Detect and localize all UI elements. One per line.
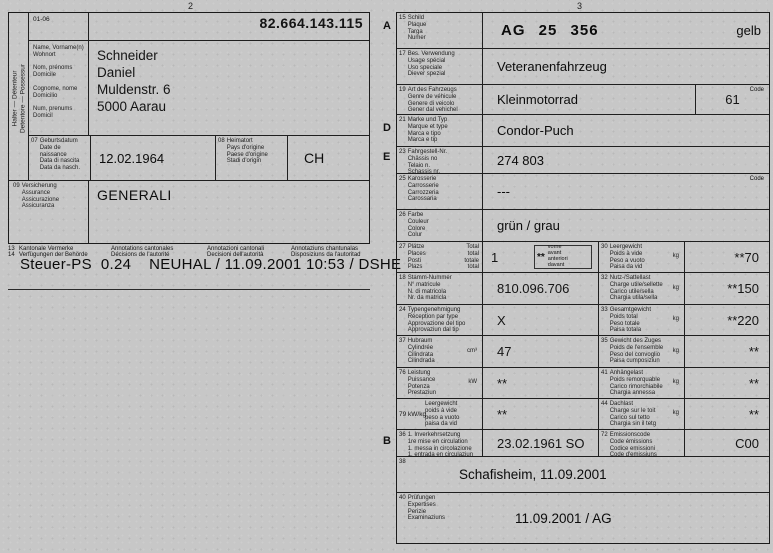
field-76-unit: kW (468, 379, 477, 385)
field-15-labels: 15 Schild Plaque Targa Numer (397, 13, 483, 48)
typeapproval-totalweight-row: 24 Typengenehmigung Réception par type A… (397, 305, 769, 336)
body-value: --- (497, 184, 510, 199)
field-36-labels: 36 1. Inverkehrsetzung 1re mise en circu… (397, 430, 483, 456)
holder-name-address: Schneider Daniel Muldenstr. 6 5000 Aarau (89, 41, 369, 135)
color-row: 26 Farbe Couleur Colore Colur grün / gra… (397, 210, 769, 242)
page-right-number: 3 (577, 1, 582, 11)
field-range-label: 01-06 (29, 13, 89, 40)
section-letter-d: D (383, 122, 395, 134)
field-76-labels: 76 Leistung Puissance Potenza Prestaziun… (397, 368, 483, 398)
field-09-labels: 09 Versicherung Assurance Assicurazione … (9, 181, 89, 243)
plate-cell: AG 25 356 gelb (483, 13, 769, 48)
holder-row: Name, Vorname(n) Wohnort Nom, prénoms Do… (29, 41, 369, 136)
seats-emptyweight-row: 27 Plätze Places Posti Plazs Total total… (397, 242, 769, 273)
serial-number-value: 810.096.706 (483, 273, 599, 304)
birth-date-value: 12.02.1964 (91, 136, 216, 180)
section-letter-a: A (383, 20, 395, 32)
field-40-labels: 40 Prüfungen Expertises Perizie Examinaz… (397, 493, 483, 543)
field-08-number: 08 (218, 138, 225, 180)
bottom-rule (8, 289, 370, 290)
field-07-number: 07 (31, 138, 38, 180)
field-27-total-labels: Total total totale total (464, 244, 479, 271)
field-17-labels: 17 Bes. Verwendung Usage spécial Uso spe… (397, 49, 483, 84)
power-weight-value: ** (483, 399, 599, 429)
make-type-row: 21 Marke und Typ Marque et type Marca e … (397, 115, 769, 147)
field-25-labels: 25 Karosserie Carrosserie Carrozzeria Ca… (397, 174, 483, 209)
emission-code-value: C00 (685, 430, 769, 456)
chassis-value: 274 803 (483, 147, 769, 173)
field-32-unit: kg (673, 285, 679, 291)
page-left: 2 Halter — Détenteur Detentore — Possess… (8, 12, 370, 302)
inspection-value: 11.09.2001 / AG (483, 493, 612, 543)
header-row: 01-06 82.664.143.115 (29, 13, 369, 41)
make-type-value: Condor-Puch (483, 115, 769, 146)
insurance-value: GENERALI (89, 181, 369, 243)
field-33-unit: kg (673, 316, 679, 322)
field-27-labels: 27 Plätze Places Posti Plazs Total total… (397, 242, 483, 272)
section-letter-b: B (383, 435, 395, 447)
train-weight-value: ** (685, 336, 769, 367)
field-26-labels: 26 Farbe Couleur Colore Colur (397, 210, 483, 241)
field-35-labels: 35 Gewicht des Zuges Poids de l'ensemble… (599, 336, 685, 367)
body-row: 25 Karosserie Carrosserie Carrozzeria Ca… (397, 174, 769, 210)
type-approval-value: X (483, 305, 599, 335)
plate-color: gelb (736, 23, 761, 38)
field-30-labels: 30 Leergewicht Poids à vide Peso a vuoto… (599, 242, 685, 272)
scanned-vehicle-registration: { "left": { "page_number": "2", "field_r… (0, 0, 773, 553)
body-code-label: Code (750, 176, 764, 182)
holder-sidebar: Halter — Détenteur Detentore — Possessur (9, 13, 29, 181)
trailer-load-value: ** (685, 368, 769, 398)
special-use-row: 17 Bes. Verwendung Usage spécial Uso spe… (397, 49, 769, 85)
document-number: 82.664.143.115 (89, 13, 369, 40)
special-use-value: Veteranenfahrzeug (483, 49, 769, 84)
holder-table: Halter — Détenteur Detentore — Possessur… (8, 12, 370, 244)
field-07-labels: 07 Geburtsdatum Date de naissance Data d… (29, 136, 91, 180)
page-left-number: 2 (188, 1, 193, 11)
vehicle-type-code: 61 (725, 92, 739, 107)
seats-total: 1 (491, 250, 498, 265)
origin-value: CH (288, 136, 369, 180)
first-registration-value: 23.02.1961 SO (483, 430, 599, 456)
field-23-labels: 23 Fahrgestell-Nr. Châssis no Telaio n. … (397, 147, 483, 173)
serial-payload-row: 18 Stamm-Nummer N° matricule N. di matri… (397, 273, 769, 305)
field-30-unit: kg (673, 253, 679, 259)
field-24-labels: 24 Typengenehmigung Réception par type A… (397, 305, 483, 335)
code-label: Code (750, 87, 764, 93)
plate-row: 15 Schild Plaque Targa Numer AG 25 356 g… (397, 13, 769, 49)
field-41-unit: kg (673, 379, 679, 385)
section-letter-e: E (383, 151, 395, 163)
field-37-labels: 37 Hubraum Cylindrée Cilindrata Cilindra… (397, 336, 483, 367)
power-value: ** (483, 368, 599, 398)
body-value-cell: --- Code (483, 174, 769, 209)
field-38-number-cell: 38 (397, 457, 427, 492)
field-37-unit: cm³ (467, 348, 477, 354)
chassis-row: 23 Fahrgestell-Nr. Châssis no Telaio n. … (397, 147, 769, 174)
seats-value-cell: 1 ** vorne avant anteriori davant (483, 242, 599, 272)
powerweight-roofload-row: 79 kW/kg Leergewicht poids à vide peso a… (397, 399, 769, 430)
field-79-number-unit: 79 kW/kg (399, 411, 426, 418)
field-09-number: 09 (13, 183, 20, 243)
cantonal-annotations: 13 Kantonale Vermerke Annotations canton… (8, 246, 370, 273)
insurance-row: 09 Versicherung Assurance Assicurazione … (9, 181, 369, 243)
page-right: 3 A D E B 15 Schild Plaque Targa Numer A… (383, 12, 773, 548)
field-79-labels: 79 kW/kg Leergewicht poids à vide peso a… (397, 399, 483, 429)
holder-sidebar-label: Halter — Détenteur Detentore — Possessur (12, 29, 27, 169)
seats-front-labels: vorne avant anteriori davant (548, 245, 568, 268)
vehicle-type-code-cell: Code 61 (695, 85, 769, 114)
field-41-labels: 41 Anhängelast Poids remorquable Carico … (599, 368, 685, 398)
vehicle-type-row: 19 Art des Fahrzeugs Genre de véhicule G… (397, 85, 769, 115)
field-19-labels: 19 Art des Fahrzeugs Genre de véhicule G… (397, 85, 483, 114)
vehicle-section: A D E B 15 Schild Plaque Targa Numer AG … (383, 12, 773, 544)
issue-place-value: Schafisheim, 11.09.2001 (427, 457, 607, 492)
vehicle-table: 15 Schild Plaque Targa Numer AG 25 356 g… (396, 12, 770, 544)
field-72-labels: 72 Emissionscode Code émissions Codice e… (599, 430, 685, 456)
inspections-row: 40 Prüfungen Expertises Perizie Examinaz… (397, 493, 769, 543)
vehicle-type-value: Kleinmotorrad (483, 85, 695, 114)
payload-value: **150 (685, 273, 769, 304)
field-32-labels: 32 Nutz-/Sattellast Charge utile/sellett… (599, 273, 685, 304)
total-weight-value: **220 (685, 305, 769, 335)
holder-labels: Name, Vorname(n) Wohnort Nom, prénoms Do… (29, 41, 89, 135)
field-08-labels: 08 Heimatort Pays d'origine Paese d'orig… (216, 136, 288, 180)
annotation-value: Steuer-PS 0.24 NEUHAL / 11.09.2001 10:53… (8, 256, 370, 273)
issue-place-row: 38 Schafisheim, 11.09.2001 (397, 457, 769, 493)
field-18-labels: 18 Stamm-Nummer N° matricule N. di matri… (397, 273, 483, 304)
displacement-trainweight-row: 37 Hubraum Cylindrée Cilindrata Cilindra… (397, 336, 769, 368)
field-33-labels: 33 Gesamtgewicht Poids total Peso totale… (599, 305, 685, 335)
firstregistration-emission-row: 36 1. Inverkehrsetzung 1re mise en circu… (397, 430, 769, 457)
birth-origin-row: 07 Geburtsdatum Date de naissance Data d… (29, 136, 369, 181)
seats-front-box: ** vorne avant anteriori davant (534, 245, 592, 269)
field-35-unit: kg (673, 348, 679, 354)
power-trailerload-row: 76 Leistung Puissance Potenza Prestaziun… (397, 368, 769, 399)
empty-weight-value: **70 (685, 242, 769, 272)
color-value: grün / grau (483, 210, 769, 241)
roof-load-value: ** (685, 399, 769, 429)
seats-front-value: ** (537, 252, 545, 263)
plate-number: AG 25 356 (497, 22, 599, 39)
field-44-labels: 44 Dachlast Charge sur le toit Carico su… (599, 399, 685, 429)
displacement-value: 47 (483, 336, 599, 367)
field-44-unit: kg (673, 410, 679, 416)
field-21-labels: 21 Marke und Typ Marque et type Marca e … (397, 115, 483, 146)
